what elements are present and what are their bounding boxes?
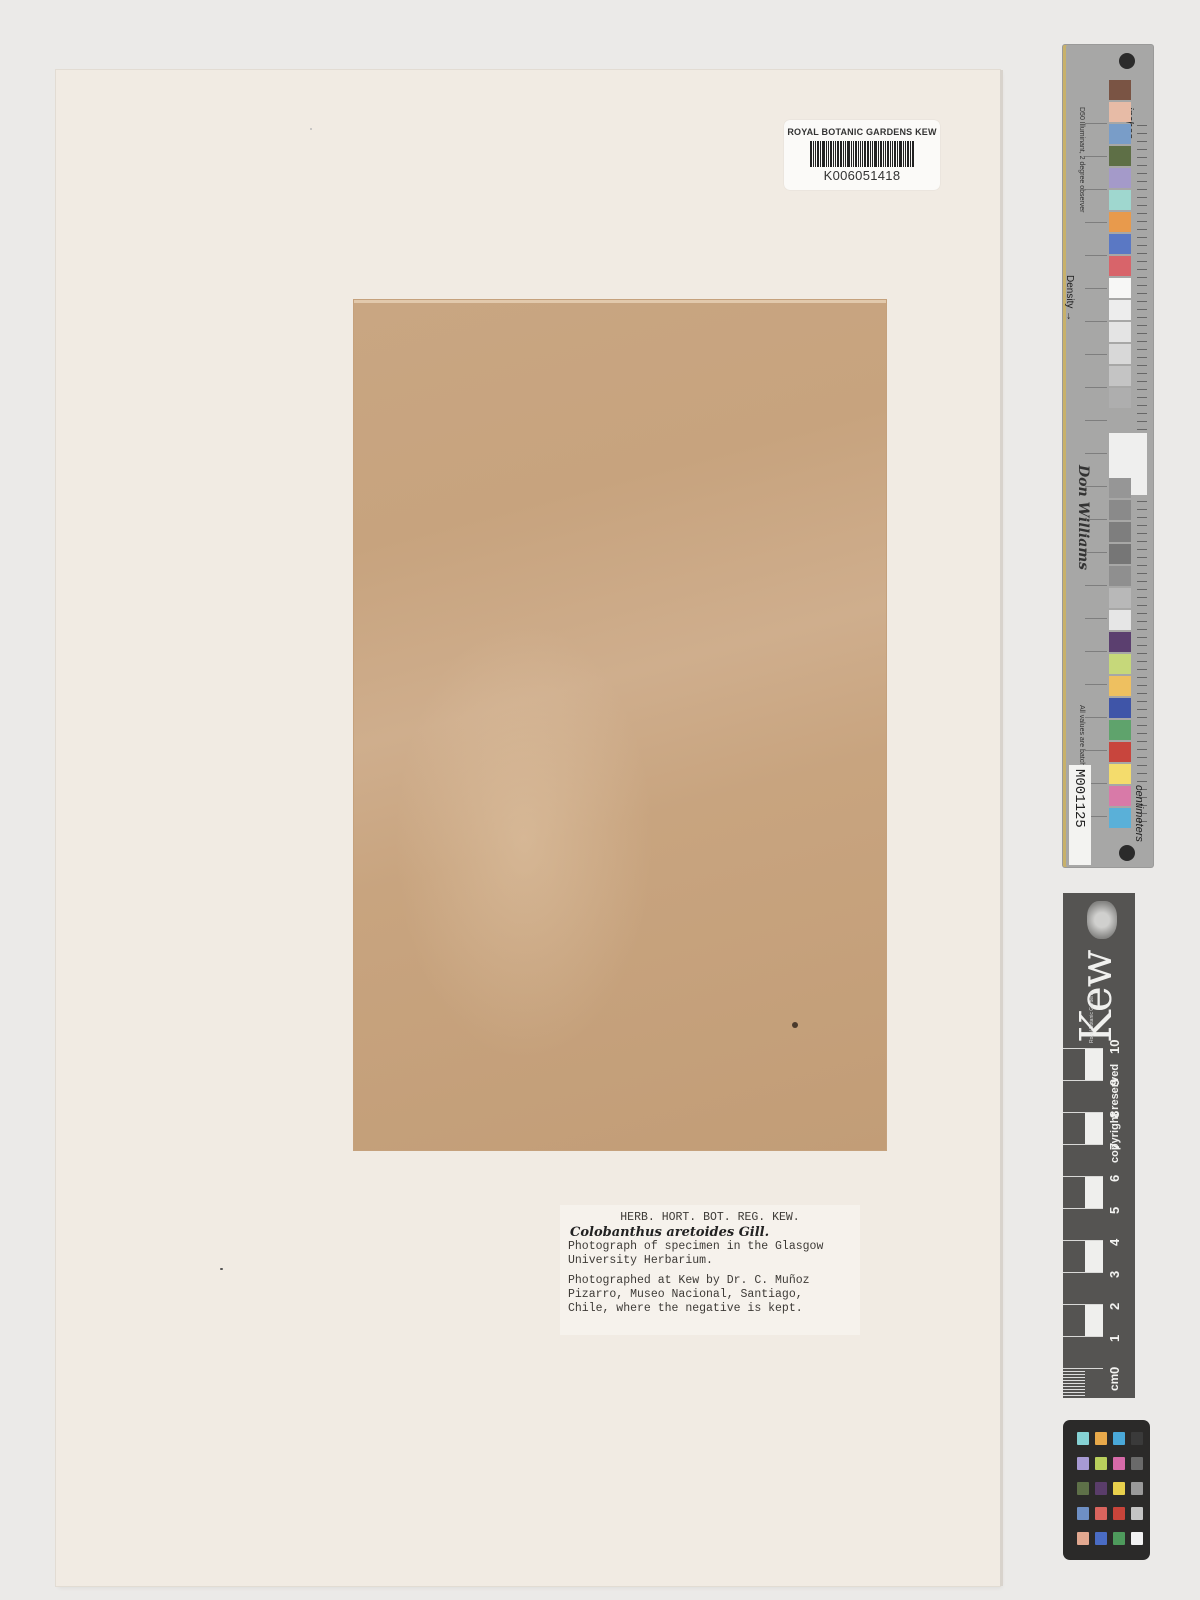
label-line: Photographed at Kew by Dr. C. Muñoz bbox=[568, 1274, 852, 1288]
color-checker-chip bbox=[1095, 1482, 1107, 1495]
color-checker-chip bbox=[1077, 1457, 1089, 1470]
ruler-color-swatch bbox=[1109, 300, 1131, 320]
color-checker-chip bbox=[1131, 1507, 1143, 1520]
kew-scale-segment bbox=[1063, 1304, 1103, 1305]
ruler-color-swatch bbox=[1109, 80, 1131, 100]
ruler-hole-bottom bbox=[1119, 845, 1135, 861]
color-checker-chip bbox=[1077, 1507, 1089, 1520]
ruler-color-swatch bbox=[1109, 566, 1131, 586]
color-checker-chip bbox=[1131, 1457, 1143, 1470]
ruler-color-swatch bbox=[1109, 742, 1131, 762]
color-checker-chip bbox=[1095, 1532, 1107, 1545]
color-checker-chip bbox=[1095, 1432, 1107, 1445]
kew-scale-bar: Kew Royal Botanic Gardens copyright rese… bbox=[1063, 893, 1135, 1398]
sheet-edge bbox=[1000, 70, 1003, 1586]
label-species-name: Colobanthus aretoides Gill. bbox=[570, 1225, 852, 1240]
determination-label: HERB. HORT. BOT. REG. KEW. Colobanthus a… bbox=[560, 1205, 860, 1335]
kew-scale-number: 5 bbox=[1107, 1207, 1122, 1214]
kew-scale-segment bbox=[1063, 1368, 1103, 1369]
label-line: Photograph of specimen in the Glasgow bbox=[568, 1240, 852, 1254]
kew-scale-bar-fill bbox=[1085, 1048, 1103, 1080]
packet-speck bbox=[792, 1022, 798, 1028]
kew-scale-bar-fill bbox=[1085, 1240, 1103, 1272]
kew-scale-bar-fill bbox=[1085, 1176, 1103, 1208]
color-checker-chip bbox=[1113, 1532, 1125, 1545]
kew-scale-number: 3 bbox=[1107, 1271, 1122, 1278]
ruler-color-swatch bbox=[1109, 654, 1131, 674]
kew-scale-number: 1 bbox=[1107, 1335, 1122, 1342]
color-checker-card bbox=[1063, 1420, 1150, 1560]
color-checker-chip bbox=[1113, 1457, 1125, 1470]
kew-scale-bar-fill bbox=[1085, 1112, 1103, 1144]
ruler-color-swatch bbox=[1109, 256, 1131, 276]
kew-logo: Kew bbox=[1071, 951, 1122, 1043]
ruler-color-swatch bbox=[1109, 676, 1131, 696]
specimen-packet bbox=[354, 300, 886, 1150]
ruler-color-swatch bbox=[1109, 322, 1131, 342]
ruler-color-swatch bbox=[1109, 234, 1131, 254]
color-checker-chip bbox=[1095, 1507, 1107, 1520]
color-checker-chip bbox=[1077, 1482, 1089, 1495]
kew-scale-number: 10 bbox=[1107, 1040, 1122, 1054]
kew-scale-number: 4 bbox=[1107, 1239, 1122, 1246]
ruler-color-swatch bbox=[1109, 366, 1131, 386]
ruler-color-swatch bbox=[1109, 588, 1131, 608]
kew-scale-segment bbox=[1063, 1112, 1103, 1113]
ruler-unit-centimeters: centimeters bbox=[1133, 785, 1145, 842]
ruler-color-swatch bbox=[1109, 344, 1131, 364]
sheet-speck bbox=[220, 1268, 223, 1270]
kew-subtitle: Royal Botanic Gardens bbox=[1089, 992, 1095, 1043]
ruler-color-swatch bbox=[1109, 146, 1131, 166]
color-calibration-ruler: inches centimeters D50 Illuminant, 2 deg… bbox=[1063, 45, 1153, 867]
ruler-color-swatch bbox=[1109, 278, 1131, 298]
ruler-color-swatch bbox=[1109, 102, 1131, 122]
barcode-institution: ROYAL BOTANIC GARDENS KEW bbox=[784, 127, 940, 137]
color-checker-chip bbox=[1113, 1432, 1125, 1445]
kew-scale-segment bbox=[1063, 1176, 1103, 1177]
ruler-hole-top bbox=[1119, 53, 1135, 69]
kew-scale-number: 6 bbox=[1107, 1175, 1122, 1182]
ruler-color-swatch bbox=[1109, 500, 1131, 520]
barcode-number: K006051418 bbox=[784, 168, 940, 183]
ruler-brand: Don Williams bbox=[1075, 465, 1091, 570]
ruler-color-swatch bbox=[1109, 168, 1131, 188]
ruler-color-swatch bbox=[1109, 808, 1131, 828]
color-checker-chip bbox=[1131, 1432, 1143, 1445]
color-checker-chip bbox=[1131, 1532, 1143, 1545]
color-checker-chip bbox=[1077, 1532, 1089, 1545]
kew-scale-segment bbox=[1063, 1208, 1103, 1209]
label-line: Pizarro, Museo Nacional, Santiago, bbox=[568, 1288, 852, 1302]
color-checker-chip bbox=[1113, 1507, 1125, 1520]
color-checker-chip bbox=[1095, 1457, 1107, 1470]
ruler-density-label: Density → bbox=[1064, 275, 1075, 321]
ruler-serial: M001125 bbox=[1071, 769, 1087, 828]
sheet-speck bbox=[310, 128, 312, 130]
label-line: Chile, where the negative is kept. bbox=[568, 1302, 852, 1316]
ruler-color-swatch bbox=[1109, 632, 1131, 652]
ruler-color-swatch bbox=[1109, 478, 1131, 498]
ruler-color-swatch bbox=[1109, 124, 1131, 144]
label-header: HERB. HORT. BOT. REG. KEW. bbox=[568, 1211, 852, 1225]
packet-sheen bbox=[394, 620, 654, 1060]
kew-scale-segment bbox=[1063, 1240, 1103, 1241]
color-checker-chip bbox=[1113, 1482, 1125, 1495]
kew-scale-segment bbox=[1063, 1144, 1103, 1145]
kew-scale-segment bbox=[1063, 1080, 1103, 1081]
kew-crest-icon bbox=[1087, 901, 1117, 939]
kew-mm-ticks bbox=[1063, 1368, 1085, 1396]
ruler-illuminant-note: D50 Illuminant, 2 degree observer bbox=[1078, 107, 1085, 212]
color-checker-chip bbox=[1131, 1482, 1143, 1495]
ruler-color-swatch bbox=[1109, 720, 1131, 740]
ruler-color-swatch bbox=[1109, 544, 1131, 564]
ruler-color-swatch bbox=[1109, 522, 1131, 542]
color-checker-chip bbox=[1077, 1432, 1089, 1445]
ruler-color-swatch bbox=[1109, 388, 1131, 408]
ruler-serial-tag: M001125 bbox=[1069, 765, 1091, 865]
barcode-icon bbox=[797, 141, 927, 167]
ruler-color-swatch bbox=[1109, 190, 1131, 210]
kew-scale-segment bbox=[1063, 1048, 1103, 1049]
ruler-color-swatch bbox=[1109, 610, 1131, 630]
kew-unit-cm: cm bbox=[1107, 1374, 1121, 1391]
ruler-color-swatch bbox=[1109, 698, 1131, 718]
kew-scale-segment bbox=[1063, 1336, 1103, 1337]
ruler-color-swatch bbox=[1109, 786, 1131, 806]
ruler-color-swatch bbox=[1109, 212, 1131, 232]
kew-scale-segment bbox=[1063, 1272, 1103, 1273]
ruler-color-swatch bbox=[1109, 764, 1131, 784]
label-line: University Herbarium. bbox=[568, 1254, 852, 1268]
kew-scale-number: 8 bbox=[1107, 1111, 1122, 1118]
kew-scale-number: 7 bbox=[1107, 1143, 1122, 1150]
kew-scale-number: 2 bbox=[1107, 1303, 1122, 1310]
kew-scale-number: 9 bbox=[1107, 1079, 1122, 1086]
barcode-label: ROYAL BOTANIC GARDENS KEW K006051418 bbox=[784, 120, 940, 190]
kew-scale-bar-fill bbox=[1085, 1304, 1103, 1336]
kew-scale-number: 0 bbox=[1107, 1367, 1122, 1374]
